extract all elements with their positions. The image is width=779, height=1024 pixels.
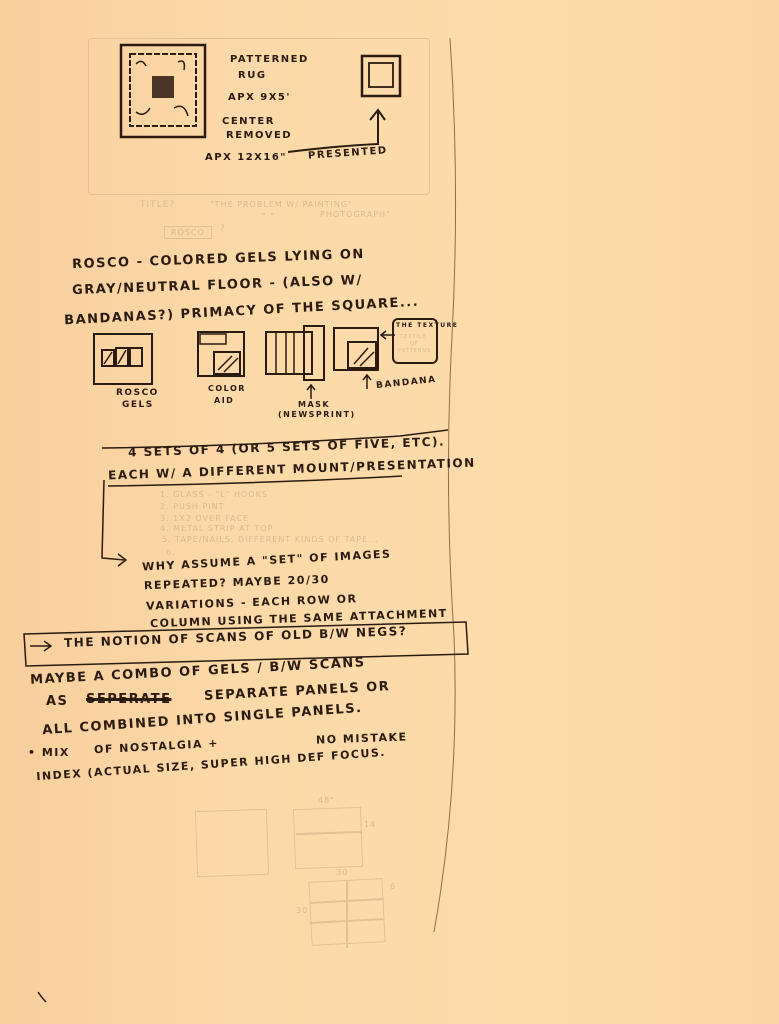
rug-size: APX 9X5' (228, 92, 291, 103)
why-line-2: REPEATED? MAYBE 20/30 (144, 573, 330, 592)
title-option-2: PHOTOGRAPH" (320, 210, 391, 219)
presented-square-icon (360, 54, 404, 100)
bandana-up-arrow-icon (362, 374, 372, 390)
main-note-line-1: ROSCO - COLORED GELS LYING ON (72, 247, 365, 272)
title-question: TITLE? (140, 200, 175, 210)
page-margin-line (420, 36, 464, 936)
title-option-2-ditto: " " (262, 212, 275, 221)
combo-line-2-prefix: AS (46, 694, 68, 709)
combo-line-4-c: NO MISTAKE (316, 730, 408, 746)
combo-line-4-a: • MIX (28, 746, 70, 759)
why-line-3: VARIATIONS - EACH ROW OR (146, 592, 358, 612)
grid-1-width: 48" (318, 796, 335, 805)
mount-list-item-2: 2. PUSH PINT (160, 502, 225, 511)
why-line-1: WHY ASSUME A "SET" OF IMAGES (142, 547, 392, 573)
main-note-line-2: GRAY/NEUTRAL FLOOR - (ALSO W/ (72, 273, 363, 298)
pencil-panel-rect (195, 809, 269, 877)
center-label-1: CENTER (222, 116, 275, 127)
mask-up-arrow-icon (306, 384, 316, 400)
thumb-3-label-2: (NEWSPRINT) (278, 410, 356, 419)
thumb-3-label-1: MASK (298, 400, 330, 409)
mount-list-item-5: 5. TAPE/NAILS, DIFFERENT KINDS OF TAPE..… (162, 535, 379, 544)
bandana-thumbnail-icon (332, 324, 382, 374)
mount-list-item-3: 3. 1X2 OVER FACE (160, 514, 249, 523)
thumb-2-label-2: AID (214, 396, 234, 405)
stray-pen-mark (36, 990, 48, 1004)
sets-underline (106, 474, 406, 490)
title-option-1: "THE PROBLEM W/ PAINTING" (210, 200, 353, 209)
center-size: APX 12X16" (205, 152, 287, 163)
mask-newsprint-thumbnail-icon (264, 324, 328, 382)
rug-drawing-icon (118, 42, 208, 140)
rosco-question: ? (220, 224, 226, 234)
bracket-arrow-icon (98, 478, 134, 568)
mount-list-item-4: 4. METAL STRIP AT TOP (160, 524, 273, 533)
grid-2-height-left: 30 (296, 906, 308, 915)
pencil-grid-1 (293, 807, 363, 869)
rug-label-1: PATTERNED (230, 54, 309, 65)
thumb-2-label-1: COLOR (208, 384, 246, 393)
thumb-1-label-1: ROSCO (116, 388, 159, 398)
sketch-page: PATTERNED RUG APX 9X5' CENTER REMOVED AP… (0, 0, 779, 1024)
combo-line-2-struck: SEPERATE (86, 692, 171, 707)
grid-2-width: 30 (336, 868, 348, 877)
combo-line-5: INDEX (ACTUAL SIZE, SUPER HIGH DEF FOCUS… (36, 746, 386, 783)
pencil-grid-2-col (346, 880, 348, 948)
rosco-box: ROSCO (164, 226, 212, 239)
center-label-2: REMOVED (226, 130, 292, 141)
mount-list-item-6: 6. (166, 548, 176, 557)
rosco-gels-thumbnail-icon (92, 332, 156, 388)
combo-line-2-rest: SEPARATE PANELS OR (204, 679, 391, 704)
combo-line-4-b: OF NOSTALGIA + (94, 737, 220, 757)
grid-2-height-right: 6 (390, 882, 396, 891)
rug-label-2: RUG (238, 70, 267, 81)
callout-pencil-2: OF (410, 341, 419, 347)
thumb-1-label-2: GELS (122, 400, 154, 410)
color-aid-thumbnail-icon (196, 330, 248, 380)
grid-1-height: 14 (364, 820, 376, 829)
mount-list-item-1: 1. GLASS - "L" HOOKS (160, 490, 268, 499)
